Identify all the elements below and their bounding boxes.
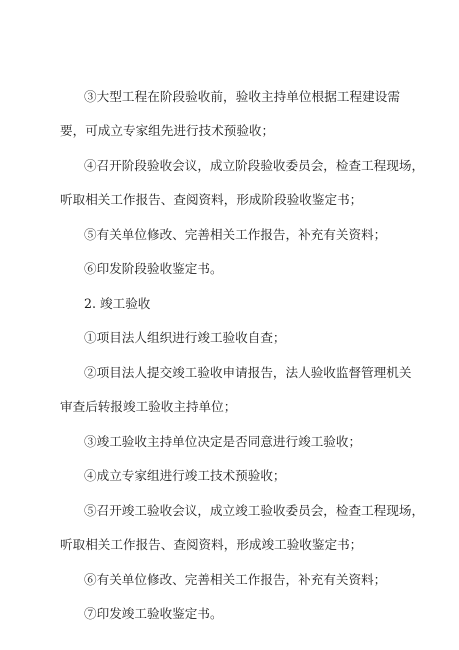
paragraph-line: ⑤有关单位修改、完善相关工作报告，补充有关资料； bbox=[60, 225, 400, 245]
paragraph-line: ②项目法人提交竣工验收申请报告，法人验收监督管理机关 bbox=[60, 363, 400, 383]
paragraph-line: ⑥印发阶段验收鉴定书。 bbox=[60, 259, 400, 279]
paragraph-line: ⑦印发竣工验收鉴定书。 bbox=[60, 604, 400, 624]
paragraph-line: ④召开阶段验收会议，成立阶段验收委员会，检查工程现场， bbox=[60, 156, 400, 176]
paragraph-line: 听取相关工作报告、查阅资料，形成竣工验收鉴定书； bbox=[60, 535, 400, 555]
paragraph-line: ③竣工验收主持单位决定是否同意进行竣工验收； bbox=[60, 432, 400, 452]
paragraph-line: ④成立专家组进行竣工技术预验收； bbox=[60, 466, 400, 486]
paragraph-line: 审查后转报竣工验收主持单位； bbox=[60, 397, 400, 417]
paragraph-line: ⑥有关单位修改、完善相关工作报告，补充有关资料； bbox=[60, 570, 400, 590]
paragraph-line: 要，可成立专家组先进行技术预验收； bbox=[60, 121, 400, 141]
paragraph-line: 听取相关工作报告、查阅资料，形成阶段验收鉴定书； bbox=[60, 190, 400, 210]
section-heading-completion-acceptance: 2. 竣工验收 bbox=[60, 294, 400, 314]
paragraph-line: ③大型工程在阶段验收前，验收主持单位根据工程建设需 bbox=[60, 87, 400, 107]
paragraph-line: ⑤召开竣工验收会议，成立竣工验收委员会，检查工程现场， bbox=[60, 501, 400, 521]
paragraph-line: ①项目法人组织进行竣工验收自查； bbox=[60, 328, 400, 348]
